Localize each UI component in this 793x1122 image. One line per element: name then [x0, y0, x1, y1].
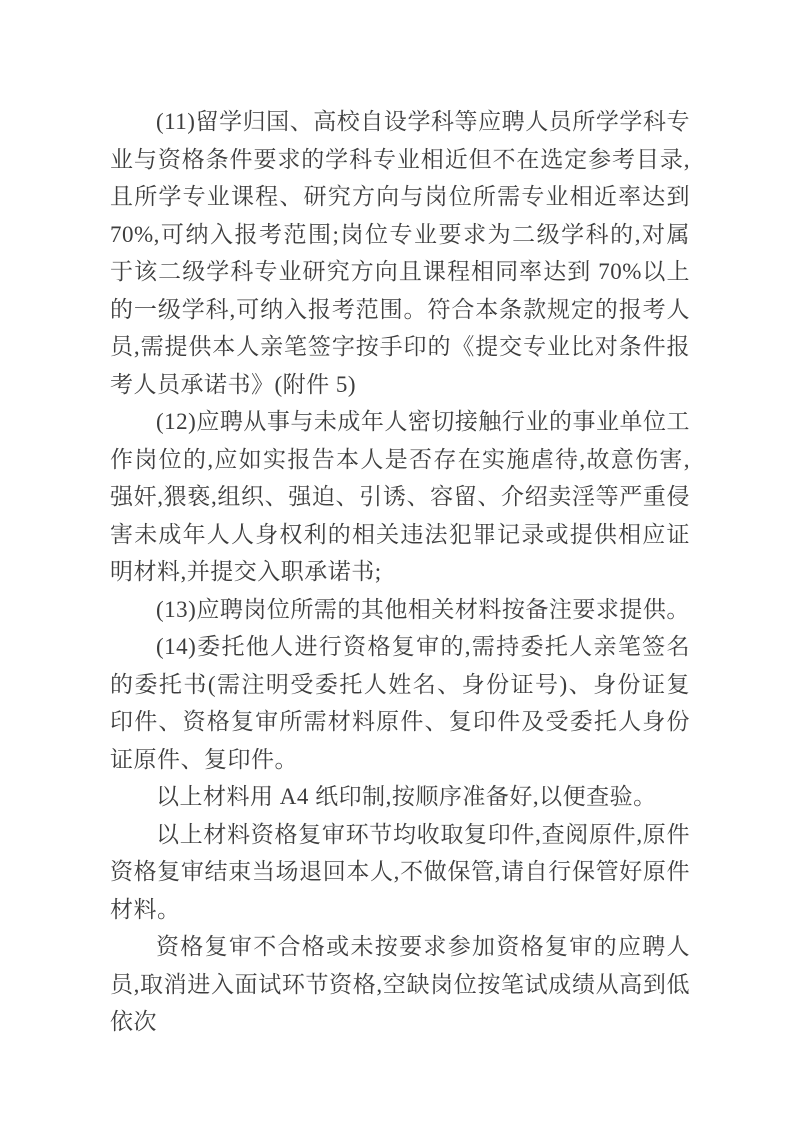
document-page: (11)留学归国、高校自设学科等应聘人员所学学科专业与资格条件要求的学科专业相近… — [0, 0, 793, 1122]
paragraph-item-14: (14)委托他人进行资格复审的,需持委托人亲笔签名的委托书(需注明受委托人姓名、… — [110, 628, 690, 778]
paragraph-item-13: (13)应聘岗位所需的其他相关材料按备注要求提供。 — [110, 591, 690, 629]
paragraph-review-failure: 资格复审不合格或未按要求参加资格复审的应聘人员,取消进入面试环节资格,空缺岗位按… — [110, 928, 690, 1041]
document-body: (11)留学归国、高校自设学科等应聘人员所学学科专业与资格条件要求的学科专业相近… — [110, 103, 690, 1041]
paragraph-materials-collection: 以上材料资格复审环节均收取复印件,查阅原件,原件资格复审结束当场退回本人,不做保… — [110, 816, 690, 929]
paragraph-item-11: (11)留学归国、高校自设学科等应聘人员所学学科专业与资格条件要求的学科专业相近… — [110, 103, 690, 403]
paragraph-item-12: (12)应聘从事与未成年人密切接触行业的事业单位工作岗位的,应如实报告本人是否存… — [110, 403, 690, 591]
paragraph-materials-print: 以上材料用 A4 纸印制,按顺序准备好,以便查验。 — [110, 778, 690, 816]
